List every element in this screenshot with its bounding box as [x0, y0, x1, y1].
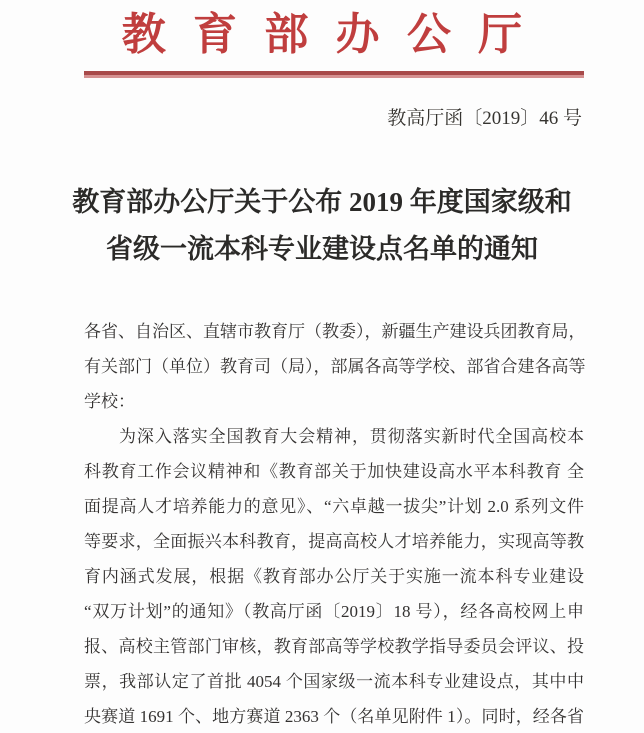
body-text-line: 票，我部认定了首批 4054 个国家级一流本科专业建设点，其中中 — [84, 664, 584, 699]
notice-body: 各省、自治区、直辖市教育厅（教委），新疆生产建设兵团教育局， 有关部门（单位）教… — [84, 314, 584, 733]
body-text-line: 央赛道 1691 个、地方赛道 2363 个（名单见附件 1）。同时，经各省 — [84, 699, 584, 733]
body-paragraph: 为深入落实全国教育大会精神，贯彻落实新时代全国高校本 科教育工作会议精神和《教育… — [84, 419, 584, 733]
document-number: 教高厅函〔2019〕46 号 — [0, 106, 644, 132]
addressee-line: 学校： — [84, 384, 584, 419]
addressee-paragraph: 各省、自治区、直辖市教育厅（教委），新疆生产建设兵团教育局， 有关部门（单位）教… — [84, 314, 584, 419]
body-text-line: 面提高人才培养能力的意见》、“六卓越一拔尖”计划 2.0 系列文件 — [84, 489, 584, 524]
document-page: 教育部办公厅 教高厅函〔2019〕46 号 教育部办公厅关于公布 2019 年度… — [0, 0, 644, 733]
body-text-line: 等要求，全面振兴本科教育，提高高校人才培养能力，实现高等教 — [84, 524, 584, 559]
body-text-line: “双万计划”的通知》（教高厅函〔2019〕18 号），经各高校网上申 — [84, 594, 584, 629]
body-text-line: 为深入落实全国教育大会精神，贯彻落实新时代全国高校本 — [84, 419, 584, 454]
notice-title: 教育部办公厅关于公布 2019 年度国家级和 省级一流本科专业建设点名单的通知 — [0, 179, 644, 273]
addressee-line: 有关部门（单位）教育司（局），部属各高等学校、部省合建各高等 — [84, 349, 584, 384]
body-text-line: 报、高校主管部门审核，教育部高等学校教学指导委员会评议、投 — [84, 629, 584, 664]
letterhead-agency-name: 教育部办公厅 — [0, 0, 644, 64]
notice-title-line-1: 教育部办公厅关于公布 2019 年度国家级和 — [0, 179, 644, 226]
letterhead-divider-rule — [84, 71, 584, 78]
body-text-line: 育内涵式发展，根据《教育部办公厅关于实施一流本科专业建设 — [84, 559, 584, 594]
body-text-line: 科教育工作会议精神和《教育部关于加快建设高水平本科教育 全 — [84, 454, 584, 489]
addressee-line: 各省、自治区、直辖市教育厅（教委），新疆生产建设兵团教育局， — [84, 314, 584, 349]
notice-title-line-2: 省级一流本科专业建设点名单的通知 — [0, 226, 644, 273]
